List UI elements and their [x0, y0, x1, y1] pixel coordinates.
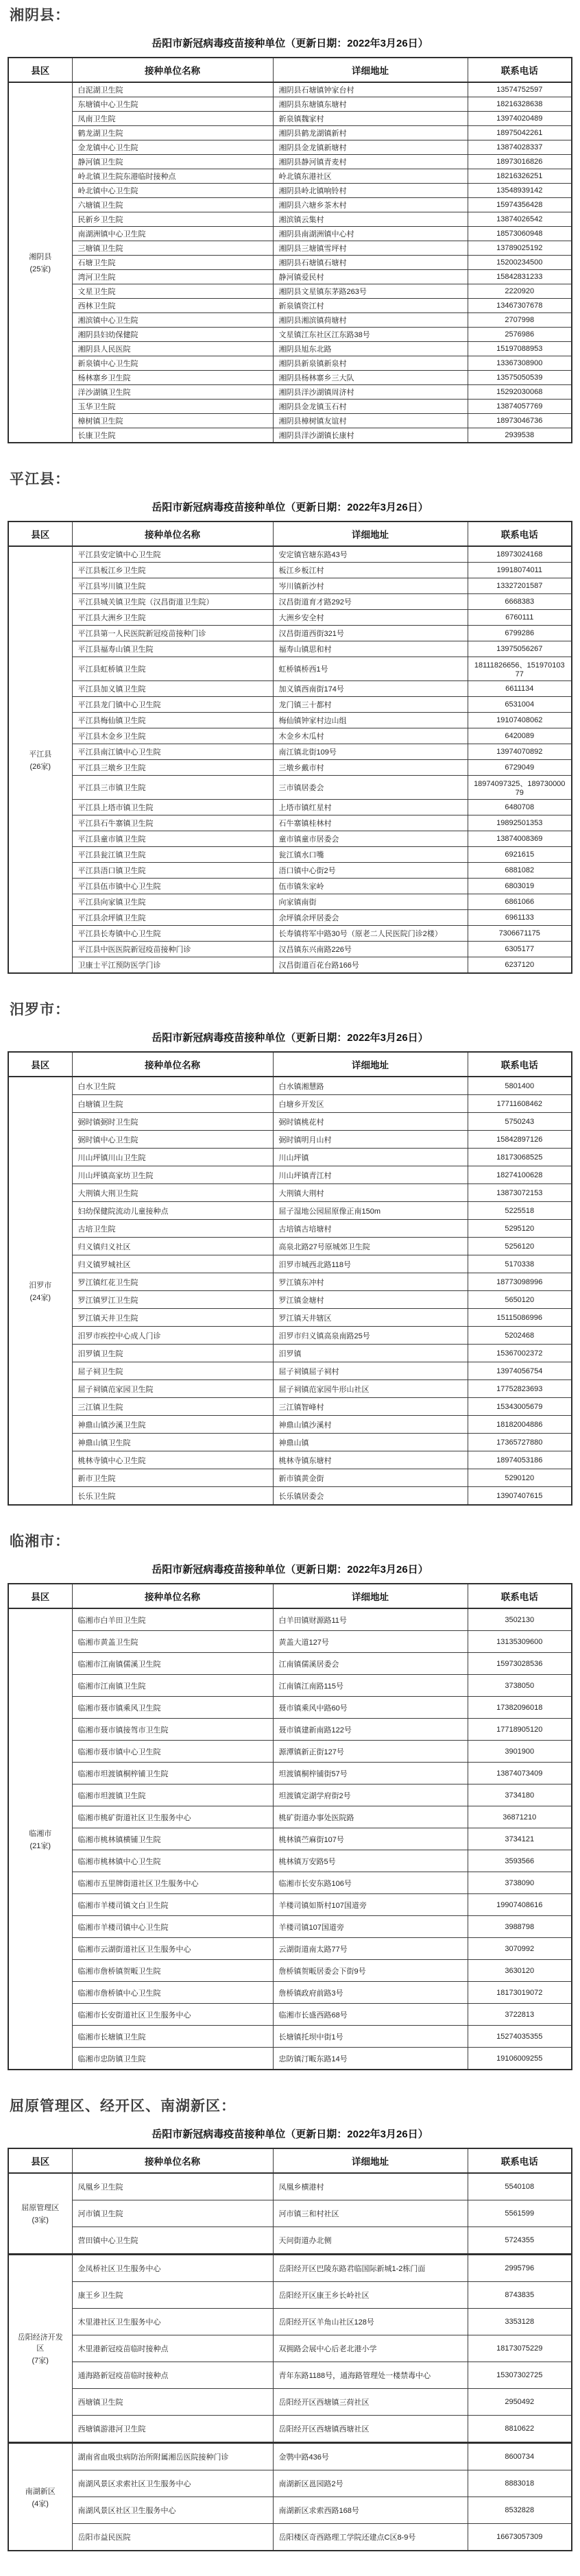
phone-cell: 19892501353 — [468, 815, 572, 831]
phone-cell: 13367308900 — [468, 356, 572, 371]
phone-cell: 18274100628 — [468, 1166, 572, 1184]
phone-cell: 13974020489 — [468, 112, 572, 126]
phone-cell: 6961133 — [468, 910, 572, 926]
phone-cell: 3630120 — [468, 1960, 572, 1982]
phone-cell: 19107408062 — [468, 713, 572, 728]
table-row: 白塘镇卫生院白塘乡开发区17711608462 — [8, 1095, 572, 1113]
address-cell: 湘阴县六塘乡茶木村 — [273, 198, 468, 212]
phone-cell: 8600734 — [468, 2443, 572, 2470]
table-row: 临湘市桃林镇中心卫生院桃林镇万安路5号3593566 — [8, 1850, 572, 1872]
column-header-0: 县区 — [8, 1584, 72, 1608]
header-row: 县区接种单位名称详细地址联系电话 — [8, 522, 572, 546]
phone-cell: 15200234500 — [468, 256, 572, 270]
unit-name-cell: 临湘市詹桥镇中心卫生院 — [72, 1982, 273, 2004]
column-header-1: 接种单位名称 — [72, 1052, 273, 1077]
phone-cell: 3353128 — [468, 2309, 572, 2335]
address-cell: 龙门镇三十都村 — [273, 697, 468, 713]
phone-cell: 5540108 — [468, 2173, 572, 2200]
phone-cell: 36871210 — [468, 1806, 572, 1828]
district-count: (24家) — [14, 1292, 67, 1303]
district-cell: 南湖新区(4家) — [8, 2443, 72, 2551]
table-row: 湘阴县妇幼保健院文星镇江东社区江东路38号2576986 — [8, 328, 572, 342]
phone-cell: 15842831233 — [468, 270, 572, 284]
table-row: 临湘市羊楼司镇中心卫生院羊楼司镇107国道旁3988798 — [8, 1916, 572, 1938]
phone-cell: 5561599 — [468, 2200, 572, 2227]
unit-name-cell: 临湘市白羊田卫生院 — [72, 1608, 273, 1631]
address-cell: 高泉北路27号原城郊卫生院 — [273, 1238, 468, 1255]
address-cell: 板江乡板江村 — [273, 563, 468, 578]
phone-cell: 13874073409 — [468, 1763, 572, 1784]
table-title: 岳阳市新冠病毒疫苗接种单位（更新日期：2022年3月26日） — [0, 36, 580, 50]
address-cell: 黄盖大道127号 — [273, 1631, 468, 1653]
address-cell: 新泉镇魏家村 — [273, 112, 468, 126]
address-cell: 长乐镇居委会 — [273, 1487, 468, 1506]
phone-cell: 13874057769 — [468, 400, 572, 414]
phone-cell: 6531004 — [468, 697, 572, 713]
phone-cell: 5202468 — [468, 1327, 572, 1345]
address-cell: 余坪镇余坪居委会 — [273, 910, 468, 926]
column-header-0: 县区 — [8, 1052, 72, 1077]
address-cell: 木金乡木瓜村 — [273, 728, 468, 744]
unit-name-cell: 平江县伍市镇中心卫生院 — [72, 879, 273, 894]
address-cell: 湘阴县洋沙湖镇长康村 — [273, 428, 468, 443]
phone-cell: 15974356428 — [468, 198, 572, 212]
table-row: 平江县童市镇卫生院童市镇童市居委会13874008369 — [8, 831, 572, 847]
table-row: 神鼎山镇沙溪卫生院神鼎山镇沙溪村18182004886 — [8, 1416, 572, 1434]
county-section: 临湘市：岳阳市新冠病毒疫苗接种单位（更新日期：2022年3月26日）县区接种单位… — [0, 1530, 580, 2070]
address-cell: 福寿山镇思和村 — [273, 641, 468, 657]
unit-name-cell: 南湖风景区社区卫生服务中心 — [72, 2497, 273, 2524]
table-row: 临湘市桃林镇横铺卫生院桃林镇苎麻街107号3734121 — [8, 1828, 572, 1850]
section-heading: 湘阴县： — [10, 4, 580, 25]
address-cell: 川山坪镇青江村 — [273, 1166, 468, 1184]
phone-cell: 3593566 — [468, 1850, 572, 1872]
unit-name-cell: 樟树镇卫生院 — [72, 414, 273, 428]
unit-name-cell: 平江县城关镇卫生院（汉昌街道卫生院） — [72, 594, 273, 610]
table-header: 县区接种单位名称详细地址联系电话 — [8, 58, 572, 82]
unit-name-cell: 平江县浯口镇卫生院 — [72, 863, 273, 879]
table-row: 临湘市聂市镇接驾市卫生院聂市镇建新南路122号17718905120 — [8, 1719, 572, 1741]
table-row: 杨林寨乡卫生院湘阴县杨林寨乡三大队13575050539 — [8, 371, 572, 385]
unit-name-cell: 三塘镇卫生院 — [72, 241, 273, 256]
unit-name-cell: 杨林寨乡卫生院 — [72, 371, 273, 385]
address-cell: 坦渡镇定湖学府街2号 — [273, 1784, 468, 1806]
unit-name-cell: 平江县加义镇卫生院 — [72, 681, 273, 697]
address-cell: 静河镇爱民村 — [273, 270, 468, 284]
table-row: 三江镇卫生院三江镇智峰村15343005679 — [8, 1398, 572, 1416]
phone-cell: 18973024168 — [468, 546, 572, 563]
unit-name-cell: 临湘市桃矿街道社区卫生服务中心 — [72, 1806, 273, 1828]
table-row: 长康卫生院湘阴县洋沙湖镇长康村2939538 — [8, 428, 572, 443]
table-row: 平江县梅仙镇卫生院梅仙镇钟家村边山组19107408062 — [8, 713, 572, 728]
address-cell: 屈子祠镇范家园牛形山社区 — [273, 1380, 468, 1398]
unit-name-cell: 川山坪镇高家坊卫生院 — [72, 1166, 273, 1184]
table-row: 平江县虹桥镇卫生院虹桥镇桥西1号18111826656、15197010377 — [8, 657, 572, 681]
column-header-2: 详细地址 — [273, 2148, 468, 2173]
phone-cell: 6729049 — [468, 760, 572, 776]
document-body: 湘阴县：岳阳市新冠病毒疫苗接种单位（更新日期：2022年3月26日）县区接种单位… — [0, 0, 580, 2551]
address-cell: 屈子祠镇屈子祠村 — [273, 1362, 468, 1380]
phone-cell: 15367002372 — [468, 1345, 572, 1362]
unit-name-cell: 临湘市江南镇儒溪卫生院 — [72, 1653, 273, 1675]
table-body: 临湘市(21家)临湘市白羊田卫生院白羊田镇财源路11号3502130临湘市黄盖卫… — [8, 1608, 572, 2070]
column-header-1: 接种单位名称 — [72, 1584, 273, 1608]
phone-cell: 13974070892 — [468, 744, 572, 760]
unit-name-cell: 营田镇中心卫生院 — [72, 2227, 273, 2255]
phone-cell: 17752823693 — [468, 1380, 572, 1398]
address-cell: 上塔市镇红星村 — [273, 800, 468, 815]
county-section: 平江县：岳阳市新冠病毒疫苗接种单位（更新日期：2022年3月26日）县区接种单位… — [0, 468, 580, 974]
table-row: 平江县三墩乡卫生院三墩乡戴市村6729049 — [8, 760, 572, 776]
table-row: 平江县第一人民医院新冠疫苗接种门诊汉昌街道西街321号6799286 — [8, 626, 572, 641]
header-row: 县区接种单位名称详细地址联系电话 — [8, 2148, 572, 2173]
phone-cell: 8532828 — [468, 2497, 572, 2524]
address-cell: 双拥路会展中心后老北港小学 — [273, 2335, 468, 2362]
address-cell: 岳阳经开区西塘镇西塘社区 — [273, 2416, 468, 2443]
table-row: 平江县(26家)平江县安定镇中心卫生院安定镇官塘东路43号18973024168 — [8, 546, 572, 563]
district-name: 湘阴县 — [14, 251, 67, 262]
table-row: 临湘市坦渡镇桐梓铺卫生院坦渡镇桐梓铺街57号13874073409 — [8, 1763, 572, 1784]
phone-cell: 18773098996 — [468, 1273, 572, 1291]
phone-cell: 15842897126 — [468, 1131, 572, 1149]
table-row: 西林卫生院新泉镇资江村13467307678 — [8, 299, 572, 313]
phone-cell: 3070992 — [468, 1938, 572, 1960]
phone-cell: 6237120 — [468, 957, 572, 974]
phone-cell: 3502130 — [468, 1608, 572, 1631]
unit-name-cell: 通海路新冠疫苗临时接种点 — [72, 2362, 273, 2389]
table-row: 临湘市黄盖卫生院黄盖大道127号13135309600 — [8, 1631, 572, 1653]
vaccination-units-table: 县区接种单位名称详细地址联系电话屈原管理区(3家)凤凰乡卫生院凤凰乡横港村554… — [8, 2148, 572, 2551]
phone-cell: 5724355 — [468, 2227, 572, 2255]
phone-cell: 19918074011 — [468, 563, 572, 578]
phone-cell: 13974056754 — [468, 1362, 572, 1380]
phone-cell: 18173075229 — [468, 2335, 572, 2362]
table-row: 平江县龙门镇中心卫生院龙门镇三十都村6531004 — [8, 697, 572, 713]
table-row: 罗江镇红花卫生院罗江镇东冲村18773098996 — [8, 1273, 572, 1291]
address-cell: 汨罗市归义镇高泉南路25号 — [273, 1327, 468, 1345]
table-row: 妇幼保健院流动儿童接种点屈子湿地公园屈原像正南150m5225518 — [8, 1202, 572, 1220]
table-row: 屈子祠卫生院屈子祠镇屈子祠村13974056754 — [8, 1362, 572, 1380]
phone-cell: 13874026542 — [468, 212, 572, 227]
unit-name-cell: 临湘市聂市镇中心卫生院 — [72, 1741, 273, 1763]
table-row: 西塘镇游港河卫生院岳阳经开区西塘镇西塘社区8810622 — [8, 2416, 572, 2443]
table-row: 桃林寺镇中心卫生院桃林寺镇东塘村18974053186 — [8, 1451, 572, 1469]
column-header-3: 联系电话 — [468, 58, 572, 82]
address-cell: 三江镇智峰村 — [273, 1398, 468, 1416]
phone-cell: 13327201587 — [468, 578, 572, 594]
phone-cell: 6611134 — [468, 681, 572, 697]
address-cell: 南湖新区邕园路2号 — [273, 2470, 468, 2497]
unit-name-cell: 南湖洲镇中心卫生院 — [72, 227, 273, 241]
unit-name-cell: 平江县大洲乡卫生院 — [72, 610, 273, 626]
phone-cell: 2576986 — [468, 328, 572, 342]
table-row: 平江县南江镇中心卫生院南江镇北街109号13974070892 — [8, 744, 572, 760]
column-header-3: 联系电话 — [468, 1052, 572, 1077]
unit-name-cell: 六塘镇卫生院 — [72, 198, 273, 212]
address-cell: 湘阴县新泉镇新泉村 — [273, 356, 468, 371]
address-cell: 坦渡镇桐梓铺街57号 — [273, 1763, 468, 1784]
address-cell: 湘阴县石塘镇钟家台村 — [273, 82, 468, 97]
phone-cell: 18974097325、18973000079 — [468, 776, 572, 800]
address-cell: 桃林镇苎麻街107号 — [273, 1828, 468, 1850]
phone-cell: 8743835 — [468, 2282, 572, 2309]
phone-cell: 17718905120 — [468, 1719, 572, 1741]
table-row: 临湘市忠防镇卫生院忠防镇汀畈东路14号19106009255 — [8, 2048, 572, 2070]
table-row: 平江县石牛寨镇卫生院石牛寨镇桂林村19892501353 — [8, 815, 572, 831]
table-row: 平江县上塔市镇卫生院上塔市镇红星村6480708 — [8, 800, 572, 815]
table-title: 岳阳市新冠病毒疫苗接种单位（更新日期：2022年3月26日） — [0, 2126, 580, 2141]
vaccination-units-table: 县区接种单位名称详细地址联系电话湘阴县(25家)白泥湖卫生院湘阴县石塘镇钟家台村… — [8, 57, 572, 443]
vaccination-units-table: 县区接种单位名称详细地址联系电话平江县(26家)平江县安定镇中心卫生院安定镇官塘… — [8, 521, 572, 974]
address-cell: 岳阳经开区康王乡长岭社区 — [273, 2282, 468, 2309]
address-cell: 汉昌街道西街321号 — [273, 626, 468, 641]
phone-cell: 5256120 — [468, 1238, 572, 1255]
phone-cell: 15307302725 — [468, 2362, 572, 2389]
table-row: 大荆镇大荆卫生院大荆镇大荆村13873072153 — [8, 1184, 572, 1202]
unit-name-cell: 岳阳市益民医院 — [72, 2524, 273, 2551]
district-cell: 岳阳经济开发区(7家) — [8, 2255, 72, 2443]
unit-name-cell: 凤凰乡卫生院 — [72, 2173, 273, 2200]
unit-name-cell: 罗江镇罗江卫生院 — [72, 1291, 273, 1309]
table-row: 古培卫生院古培镇古培塘村5295120 — [8, 1220, 572, 1238]
phone-cell: 3734180 — [468, 1784, 572, 1806]
unit-name-cell: 桃林寺镇中心卫生院 — [72, 1451, 273, 1469]
table-row: 木里港社区卫生服务中心岳阳经开区羊角山社区128号3353128 — [8, 2309, 572, 2335]
table-row: 岳阳市益民医院岳阳楼区奇西路理工学院还建点C区8-9号16673057309 — [8, 2524, 572, 2551]
phone-cell: 6881082 — [468, 863, 572, 879]
unit-name-cell: 神鼎山镇卫生院 — [72, 1434, 273, 1451]
unit-name-cell: 临湘市黄盖卫生院 — [72, 1631, 273, 1653]
table-row: 新泉镇中心卫生院湘阴县新泉镇新泉村13367308900 — [8, 356, 572, 371]
unit-name-cell: 平江县三市镇卫生院 — [72, 776, 273, 800]
phone-cell: 3734121 — [468, 1828, 572, 1850]
phone-cell: 7306671175 — [468, 926, 572, 942]
unit-name-cell: 玉华卫生院 — [72, 400, 273, 414]
address-cell: 屈子湿地公园屈原像正南150m — [273, 1202, 468, 1220]
unit-name-cell: 白塘镇卫生院 — [72, 1095, 273, 1113]
table-row: 新市卫生院新市镇黄金街5290120 — [8, 1469, 572, 1487]
table-row: 民新乡卫生院湘滨镇云集村13874026542 — [8, 212, 572, 227]
table-row: 罗江镇罗江卫生院罗江镇金塘村5650120 — [8, 1291, 572, 1309]
unit-name-cell: 西塘镇卫生院 — [72, 2389, 273, 2416]
unit-name-cell: 临湘市坦渡镇卫生院 — [72, 1784, 273, 1806]
address-cell: 罗江镇天井辖区 — [273, 1309, 468, 1327]
address-cell: 湘阴县旭东北路 — [273, 342, 468, 356]
county-section: 湘阴县：岳阳市新冠病毒疫苗接种单位（更新日期：2022年3月26日）县区接种单位… — [0, 4, 580, 443]
table-row: 岭北镇卫生院东港临时接种点岭北镇东港社区18216326251 — [8, 169, 572, 184]
section-heading: 临湘市： — [10, 1530, 580, 1551]
address-cell: 湘阴县金龙镇玉石村 — [273, 400, 468, 414]
unit-name-cell: 平江县上塔市镇卫生院 — [72, 800, 273, 815]
unit-name-cell: 平江县三墩乡卫生院 — [72, 760, 273, 776]
unit-name-cell: 三江镇卫生院 — [72, 1398, 273, 1416]
unit-name-cell: 洋沙湖镇卫生院 — [72, 385, 273, 400]
district-cell: 汨罗市(24家) — [8, 1077, 72, 1505]
unit-name-cell: 木里港新冠疫苗临时接种点 — [72, 2335, 273, 2362]
district-count: (25家) — [14, 263, 67, 274]
address-cell: 云湖街道南太路77号 — [273, 1938, 468, 1960]
table-row: 归义镇归义社区高泉北路27号原城郊卫生院5256120 — [8, 1238, 572, 1255]
phone-cell: 5750243 — [468, 1113, 572, 1131]
phone-cell: 18216328638 — [468, 97, 572, 112]
address-cell: 大荆镇大荆村 — [273, 1184, 468, 1202]
unit-name-cell: 湖南省血吸虫病防治所附属湘岳医院接种门诊 — [72, 2443, 273, 2470]
phone-cell: 13548939142 — [468, 184, 572, 198]
address-cell: 桃林镇万安路5号 — [273, 1850, 468, 1872]
address-cell: 新市镇黄金街 — [273, 1469, 468, 1487]
address-cell: 湘阴县金龙镇新塘村 — [273, 140, 468, 155]
phone-cell: 13874028337 — [468, 140, 572, 155]
unit-name-cell: 平江县木金乡卫生院 — [72, 728, 273, 744]
unit-name-cell: 卫康士平江预防医学门诊 — [72, 957, 273, 974]
phone-cell: 2220920 — [468, 284, 572, 299]
phone-cell: 6760111 — [468, 610, 572, 626]
phone-cell: 3722813 — [468, 2004, 572, 2026]
unit-name-cell: 临湘市羊楼司镇文白卫生院 — [72, 1894, 273, 1916]
vaccination-units-table: 县区接种单位名称详细地址联系电话临湘市(21家)临湘市白羊田卫生院白羊田镇财源路… — [8, 1583, 572, 2070]
unit-name-cell: 长康卫生院 — [72, 428, 273, 443]
phone-cell: 6799286 — [468, 626, 572, 641]
unit-name-cell: 岭北镇卫生院东港临时接种点 — [72, 169, 273, 184]
table-row: 临湘市(21家)临湘市白羊田卫生院白羊田镇财源路11号3502130 — [8, 1608, 572, 1631]
column-header-1: 接种单位名称 — [72, 2148, 273, 2173]
table-row: 临湘市坦渡镇卫生院坦渡镇定湖学府街2号3734180 — [8, 1784, 572, 1806]
address-cell: 白水镇湘慧路 — [273, 1077, 468, 1095]
address-cell: 白羊田镇财源路11号 — [273, 1608, 468, 1631]
table-title: 岳阳市新冠病毒疫苗接种单位（更新日期：2022年3月26日） — [0, 500, 580, 514]
header-row: 县区接种单位名称详细地址联系电话 — [8, 1052, 572, 1077]
address-cell: 弼时镇明月山村 — [273, 1131, 468, 1149]
unit-name-cell: 东塘镇中心卫生院 — [72, 97, 273, 112]
phone-cell: 15197088953 — [468, 342, 572, 356]
table-row: 湘阴县人民医院湘阴县旭东北路15197088953 — [8, 342, 572, 356]
table-row: 樟树镇卫生院湘阴县樟树镇友谊村18973046736 — [8, 414, 572, 428]
phone-cell: 6921615 — [468, 847, 572, 863]
unit-name-cell: 临湘市桃林镇横铺卫生院 — [72, 1828, 273, 1850]
table-row: 平江县瓮江镇卫生院瓮江镇水口嘴6921615 — [8, 847, 572, 863]
phone-cell: 6420089 — [468, 728, 572, 744]
address-cell: 岳阳经开区巴陵东路君临国际新城1-2栋门面 — [273, 2255, 468, 2282]
phone-cell: 18111826656、15197010377 — [468, 657, 572, 681]
unit-name-cell: 临湘市江南镇卫生院 — [72, 1675, 273, 1697]
unit-name-cell: 新市卫生院 — [72, 1469, 273, 1487]
phone-cell: 18975042261 — [468, 126, 572, 140]
address-cell: 岭北镇东港社区 — [273, 169, 468, 184]
address-cell: 羊楼司镇107国道旁 — [273, 1916, 468, 1938]
table-row: 弼时镇弼时卫生院弼时镇桃花村5750243 — [8, 1113, 572, 1131]
district-cell: 临湘市(21家) — [8, 1608, 72, 2070]
table-row: 平江县伍市镇中心卫生院伍市镇朱家岭6803019 — [8, 879, 572, 894]
column-header-2: 详细地址 — [273, 1584, 468, 1608]
address-cell: 虹桥镇桥西1号 — [273, 657, 468, 681]
phone-cell: 6305177 — [468, 942, 572, 957]
address-cell: 长塘镇托坝中街1号 — [273, 2026, 468, 2048]
table-row: 长乐卫生院长乐镇居委会13907407615 — [8, 1487, 572, 1506]
unit-name-cell: 平江县石牛寨镇卫生院 — [72, 815, 273, 831]
address-cell: 桃矿街道办事处医院路 — [273, 1806, 468, 1828]
table-row: 河市镇卫生院河市镇三和村社区5561599 — [8, 2200, 572, 2227]
table-row: 东塘镇中心卫生院湘阴县东塘镇东塘村18216328638 — [8, 97, 572, 112]
table-row: 湘滨镇中心卫生院湘阴县湘滨镇荷塘村2707998 — [8, 313, 572, 328]
table-row: 临湘市聂市镇乘风卫生院聂市镇乘风中路60号17382096018 — [8, 1697, 572, 1719]
unit-name-cell: 古培卫生院 — [72, 1220, 273, 1238]
address-cell: 大洲乡安全村 — [273, 610, 468, 626]
address-cell: 金鹗中路436号 — [273, 2443, 468, 2470]
unit-name-cell: 平江县瓮江镇卫生院 — [72, 847, 273, 863]
unit-name-cell: 临湘市忠防镇卫生院 — [72, 2048, 273, 2070]
district-cell: 湘阴县(25家) — [8, 82, 72, 443]
address-cell: 凤凰乡横港村 — [273, 2173, 468, 2200]
unit-name-cell: 西塘镇游港河卫生院 — [72, 2416, 273, 2443]
phone-cell: 6668383 — [468, 594, 572, 610]
table-header: 县区接种单位名称详细地址联系电话 — [8, 1052, 572, 1077]
table-row: 南湖新区(4家)湖南省血吸虫病防治所附属湘岳医院接种门诊金鹗中路436号8600… — [8, 2443, 572, 2470]
table-body: 湘阴县(25家)白泥湖卫生院湘阴县石塘镇钟家台村13574752597东塘镇中心… — [8, 82, 572, 443]
address-cell: 瓮江镇水口嘴 — [273, 847, 468, 863]
address-cell: 岳阳经开区西塘镇三荷社区 — [273, 2389, 468, 2416]
unit-name-cell: 湾河卫生院 — [72, 270, 273, 284]
phone-cell: 18974053186 — [468, 1451, 572, 1469]
address-cell: 长寿镇将军中路30号（原老二人民医院门诊2楼） — [273, 926, 468, 942]
address-cell: 河市镇三和村社区 — [273, 2200, 468, 2227]
unit-name-cell: 归义镇归义社区 — [72, 1238, 273, 1255]
address-cell: 忠防镇汀畈东路14号 — [273, 2048, 468, 2070]
district-count: (26家) — [14, 761, 67, 772]
table-row: 平江县板江乡卫生院板江乡板江村19918074011 — [8, 563, 572, 578]
address-cell: 湘阴县鹤龙湖镇新村 — [273, 126, 468, 140]
table-row: 临湘市江南镇卫生院江南镇江南路115号3738050 — [8, 1675, 572, 1697]
address-cell: 神鼎山镇 — [273, 1434, 468, 1451]
address-cell: 天问街道办北侧 — [273, 2227, 468, 2255]
table-row: 临湘市江南镇儒溪卫生院江南镇儒溪居委会15973028536 — [8, 1653, 572, 1675]
unit-name-cell: 康王乡卫生院 — [72, 2282, 273, 2309]
phone-cell: 15292030068 — [468, 385, 572, 400]
table-row: 平江县城关镇卫生院（汉昌街道卫生院）汉昌街道育才路292号6668383 — [8, 594, 572, 610]
column-header-0: 县区 — [8, 2148, 72, 2173]
column-header-3: 联系电话 — [468, 522, 572, 546]
address-cell: 神鼎山镇沙溪村 — [273, 1416, 468, 1434]
table-row: 南湖风景区求索社区卫生服务中心南湖新区邕园路2号8883018 — [8, 2470, 572, 2497]
unit-name-cell: 民新乡卫生院 — [72, 212, 273, 227]
address-cell: 江南镇儒溪居委会 — [273, 1653, 468, 1675]
district-name: 岳阳经济开发区 — [14, 2331, 67, 2353]
table-row: 神鼎山镇卫生院神鼎山镇17365727880 — [8, 1434, 572, 1451]
phone-cell: 6861066 — [468, 894, 572, 910]
phone-cell: 6480708 — [468, 800, 572, 815]
address-cell: 文星镇江东社区江东路38号 — [273, 328, 468, 342]
address-cell: 湘阴县东塘镇东塘村 — [273, 97, 468, 112]
address-cell: 浯口镇中心街2号 — [273, 863, 468, 879]
address-cell: 三墩乡戴市村 — [273, 760, 468, 776]
unit-name-cell: 汨罗镇卫生院 — [72, 1345, 273, 1362]
phone-cell: 17711608462 — [468, 1095, 572, 1113]
address-cell: 湘阴县静河镇青麦村 — [273, 155, 468, 169]
unit-name-cell: 神鼎山镇沙溪卫生院 — [72, 1416, 273, 1434]
unit-name-cell: 平江县龙门镇中心卫生院 — [72, 697, 273, 713]
unit-name-cell: 汨罗市疾控中心成人门诊 — [72, 1327, 273, 1345]
table-row: 营田镇中心卫生院天问街道办北侧5724355 — [8, 2227, 572, 2255]
column-header-3: 联系电话 — [468, 2148, 572, 2173]
table-row: 临湘市羊楼司镇文白卫生院羊楼司镇如斯村107国道旁19907408616 — [8, 1894, 572, 1916]
table-row: 汨罗市(24家)白水卫生院白水镇湘慧路5801400 — [8, 1077, 572, 1095]
table-row: 罗江镇天井卫生院罗江镇天井辖区15115086996 — [8, 1309, 572, 1327]
table-header: 县区接种单位名称详细地址联系电话 — [8, 2148, 572, 2173]
unit-name-cell: 白泥湖卫生院 — [72, 82, 273, 97]
address-cell: 湘阴县樟树镇友谊村 — [273, 414, 468, 428]
district-cell: 屈原管理区(3家) — [8, 2173, 72, 2255]
address-cell: 汉昌镇东兴南路226号 — [273, 942, 468, 957]
address-cell: 罗江镇东冲村 — [273, 1273, 468, 1291]
